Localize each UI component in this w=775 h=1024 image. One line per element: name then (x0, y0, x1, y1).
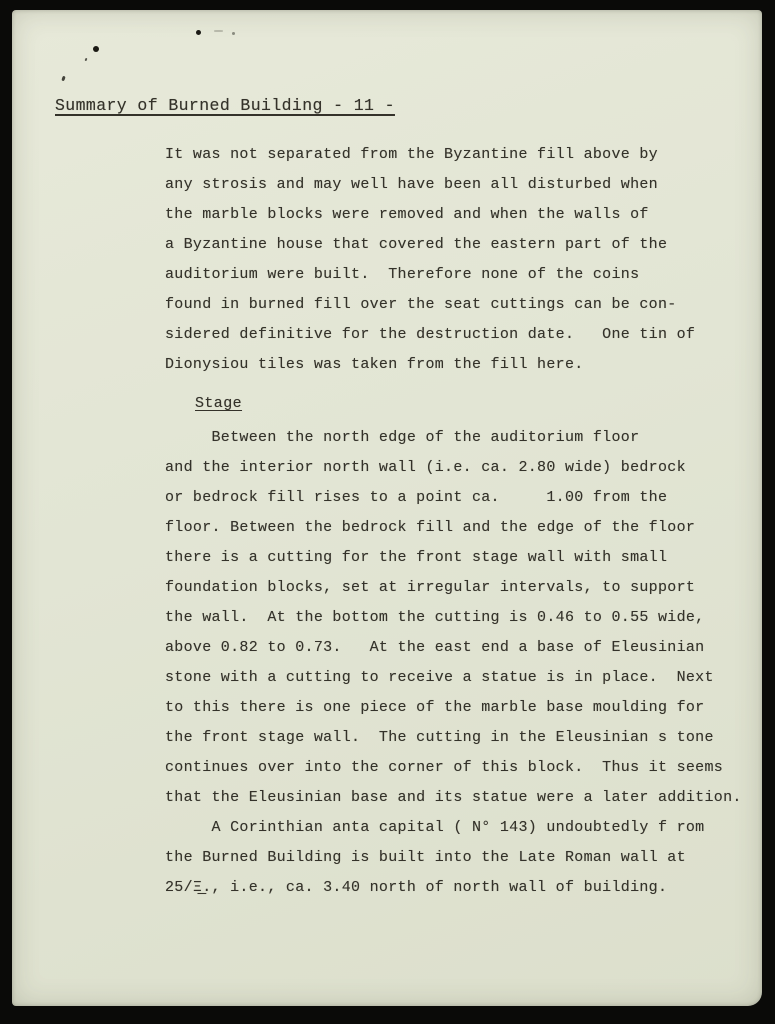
text-line: and the interior north wall (i.e. ca. 2.… (165, 453, 750, 483)
paragraph-stage: Between the north edge of the auditorium… (165, 423, 750, 813)
text-line: stone with a cutting to receive a statue… (165, 663, 750, 693)
text-line: foundation blocks, set at irregular inte… (165, 573, 750, 603)
ink-speck (61, 76, 66, 82)
text-line: any strosis and may well have been all d… (165, 170, 750, 200)
ink-speck (196, 30, 201, 35)
ink-speck (232, 32, 235, 35)
page-title: Summary of Burned Building - 11 - (55, 96, 395, 115)
text-line: continues over into the corner of this b… (165, 753, 750, 783)
text-line: the marble blocks were removed and when … (165, 200, 750, 230)
text-line: or bedrock fill rises to a point ca. 1.0… (165, 483, 750, 513)
text-line: sidered definitive for the destruction d… (165, 320, 750, 350)
text-line: the wall. At the bottom the cutting is 0… (165, 603, 750, 633)
document-page: Summary of Burned Building - 11 - It was… (12, 10, 762, 1006)
text-line: the Burned Building is built into the La… (165, 843, 750, 873)
text-line: a Byzantine house that covered the easte… (165, 230, 750, 260)
text-line: floor. Between the bedrock fill and the … (165, 513, 750, 543)
text-line: that the Eleusinian base and its statue … (165, 783, 750, 813)
ink-speck (84, 58, 87, 62)
text-line: found in burned fill over the seat cutti… (165, 290, 750, 320)
text-line: to this there is one piece of the marble… (165, 693, 750, 723)
text-line: Between the north edge of the auditorium… (165, 423, 750, 453)
section-heading-stage: Stage (195, 395, 242, 412)
text-line: 25/Ξ̲., i.e., ca. 3.40 north of north wa… (165, 873, 750, 903)
text-line: auditorium were built. Therefore none of… (165, 260, 750, 290)
ink-speck (214, 30, 223, 32)
text-line: there is a cutting for the front stage w… (165, 543, 750, 573)
paragraph-corinthian-capital: A Corinthian anta capital ( N° 143) undo… (165, 813, 750, 903)
text-line: Dionysiou tiles was taken from the fill … (165, 350, 750, 380)
text-line: the front stage wall. The cutting in the… (165, 723, 750, 753)
text-line: It was not separated from the Byzantine … (165, 140, 750, 170)
paragraph-byzantine-fill: It was not separated from the Byzantine … (165, 140, 750, 380)
text-line: A Corinthian anta capital ( N° 143) undo… (165, 813, 750, 843)
ink-speck (93, 46, 99, 52)
text-line: above 0.82 to 0.73. At the east end a ba… (165, 633, 750, 663)
